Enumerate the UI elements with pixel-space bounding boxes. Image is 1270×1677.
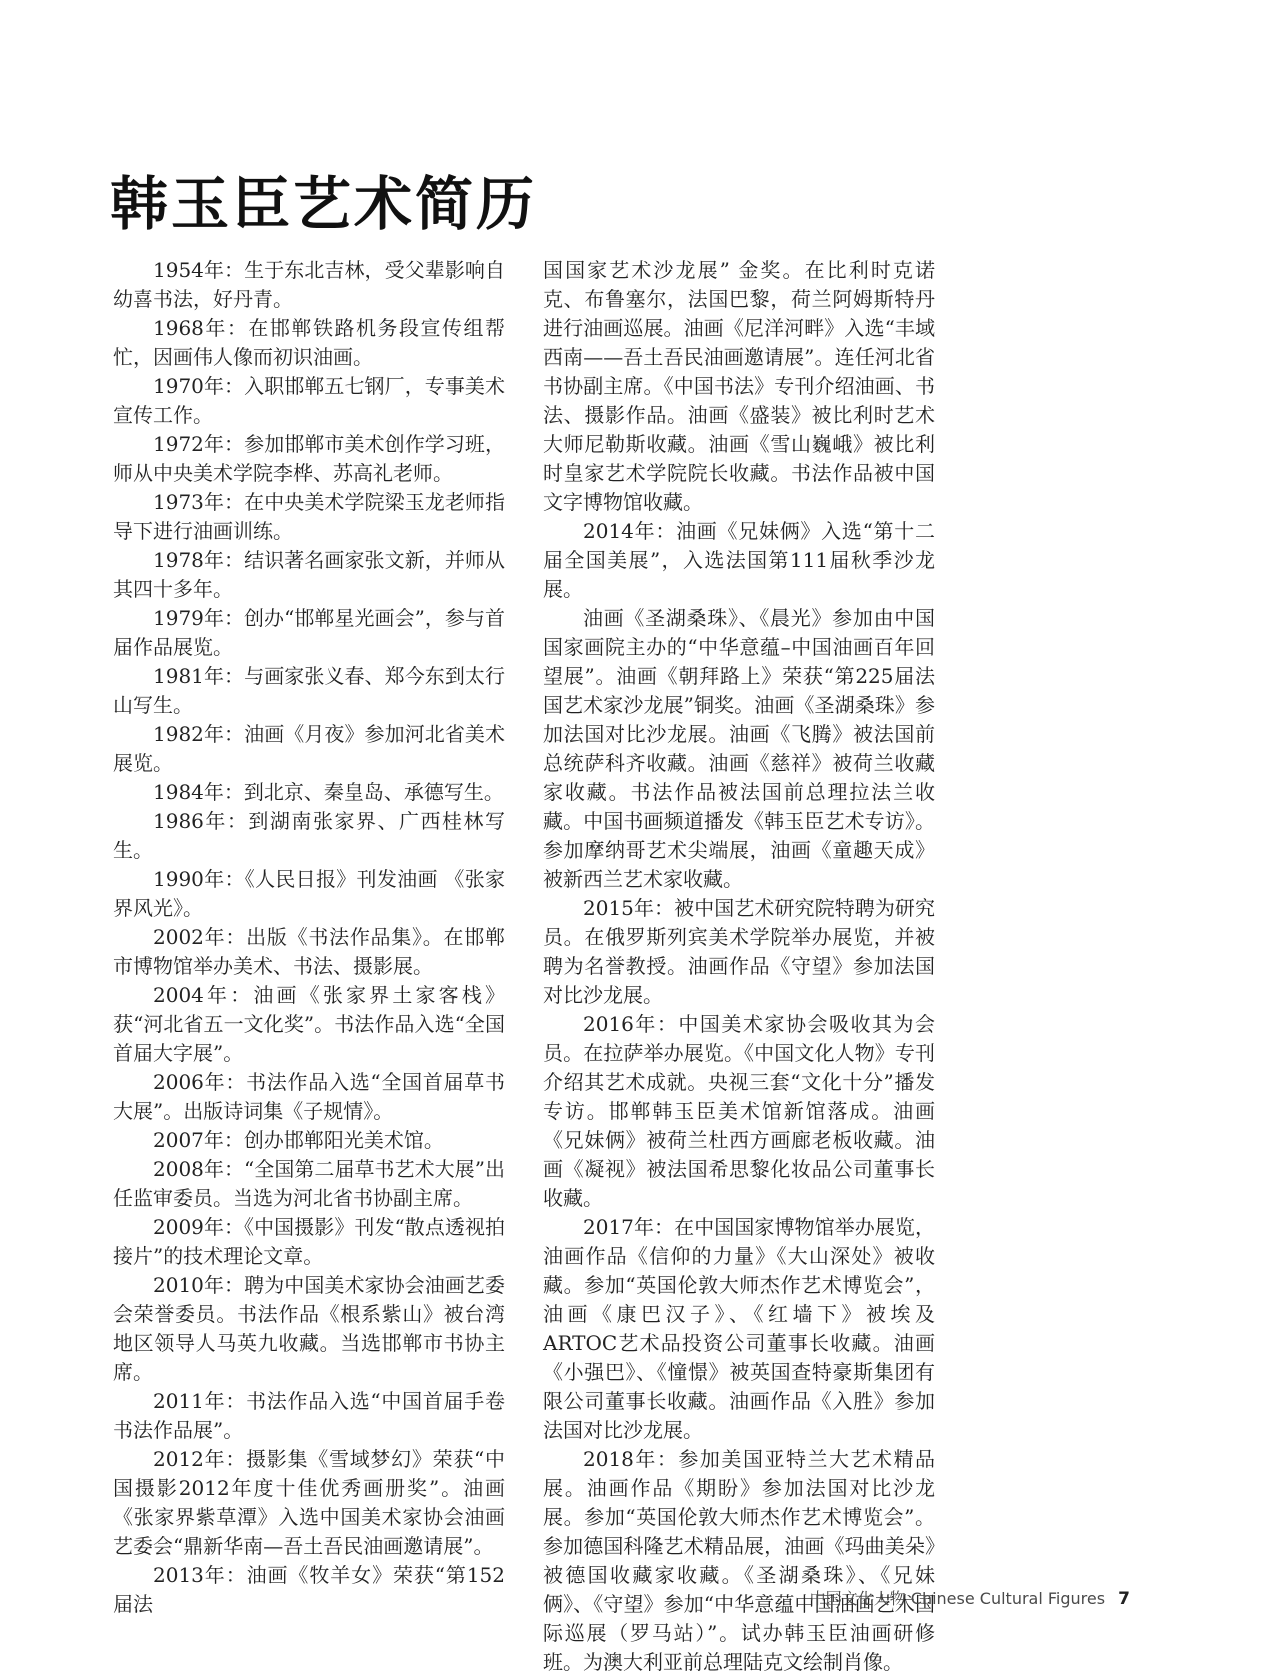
timeline-paragraph: 2015年：被中国艺术研究院特聘为研究员。在俄罗斯列宾美术学院举办展览，并被聘为…	[543, 894, 935, 1010]
journal-name-chinese: 中国文化人物	[810, 1589, 906, 1608]
timeline-paragraph: 1972年：参加邯郸市美术创作学习班，师从中央美术学院李桦、苏高礼老师。	[113, 430, 505, 488]
timeline-paragraph: 2017年：在中国国家博物馆举办展览，油画作品《信仰的力量》《大山深处》被收藏。…	[543, 1213, 935, 1445]
timeline-paragraph: 1981年：与画家张义春、郑今东到太行山写生。	[113, 662, 505, 720]
timeline-paragraph: 2014年：油画《兄妹俩》入选“第十二届全国美展”，入选法国第111届秋季沙龙展…	[543, 517, 935, 604]
timeline-paragraph: 2008年：“全国第二届草书艺术大展”出任监审委员。当选为河北省书协副主席。	[113, 1155, 505, 1213]
timeline-paragraph: 2007年：创办邯郸阳光美术馆。	[113, 1126, 505, 1155]
timeline-paragraph: 1970年：入职邯郸五七钢厂，专事美术宣传工作。	[113, 372, 505, 430]
page-title: 韩玉臣艺术简历	[110, 157, 537, 241]
document-page: 韩玉臣艺术简历 1954年：生于东北吉林，受父辈影响自幼喜书法，好丹青。1968…	[0, 0, 1270, 1654]
timeline-paragraph: 1973年：在中央美术学院梁玉龙老师指导下进行油画训练。	[113, 488, 505, 546]
timeline-paragraph: 1982年：油画《月夜》参加河北省美术展览。	[113, 720, 505, 778]
timeline-paragraph: 2002年：出版《书法作品集》。在邯郸市博物馆举办美术、书法、摄影展。	[113, 923, 505, 981]
timeline-paragraph: 2004年：油画《张家界土家客栈》获“河北省五一文化奖”。书法作品入选“全国首届…	[113, 981, 505, 1068]
timeline-paragraph: 1968年：在邯郸铁路机务段宣传组帮忙，因画伟人像而初识油画。	[113, 314, 505, 372]
timeline-paragraph: 2013年：油画《牧羊女》荣获“第152届法	[113, 1561, 505, 1619]
biography-content: 1954年：生于东北吉林，受父辈影响自幼喜书法，好丹青。1968年：在邯郸铁路机…	[113, 256, 935, 1677]
page-number: 7	[1118, 1589, 1130, 1609]
timeline-paragraph: 国国家艺术沙龙展” 金奖。在比利时克诺克、布鲁塞尔，法国巴黎，荷兰阿姆斯特丹进行…	[543, 256, 935, 517]
left-column: 1954年：生于东北吉林，受父辈影响自幼喜书法，好丹青。1968年：在邯郸铁路机…	[113, 256, 505, 1677]
timeline-paragraph: 1979年：创办“邯郸星光画会”，参与首届作品展览。	[113, 604, 505, 662]
timeline-paragraph: 2010年：聘为中国美术家协会油画艺委会荣誉委员。书法作品《根系紫山》被台湾地区…	[113, 1271, 505, 1387]
timeline-paragraph: 2012年：摄影集《雪域梦幻》荣获“中国摄影2012年度十佳优秀画册奖”。油画《…	[113, 1445, 505, 1561]
timeline-paragraph: 1978年：结识著名画家张文新，并师从其四十多年。	[113, 546, 505, 604]
timeline-paragraph: 1954年：生于东北吉林，受父辈影响自幼喜书法，好丹青。	[113, 256, 505, 314]
timeline-paragraph: 2011年：书法作品入选“中国首届手卷书法作品展”。	[113, 1387, 505, 1445]
timeline-paragraph: 2018年：参加美国亚特兰大艺术精品展。油画作品《期盼》参加法国对比沙龙展。参加…	[543, 1445, 935, 1677]
journal-name-english: Chinese Cultural Figures	[911, 1589, 1105, 1608]
page-footer: 中国文化人物 Chinese Cultural Figures 7	[810, 1586, 1130, 1609]
right-column: 国国家艺术沙龙展” 金奖。在比利时克诺克、布鲁塞尔，法国巴黎，荷兰阿姆斯特丹进行…	[543, 256, 935, 1677]
timeline-paragraph: 1984年：到北京、秦皇岛、承德写生。	[113, 778, 505, 807]
timeline-paragraph: 2009年：《中国摄影》刊发“散点透视拍接片”的技术理论文章。	[113, 1213, 505, 1271]
timeline-paragraph: 油画《圣湖桑珠》、《晨光》参加由中国国家画院主办的“中华意蕴–中国油画百年回望展…	[543, 604, 935, 894]
timeline-paragraph: 2016年：中国美术家协会吸收其为会员。在拉萨举办展览。《中国文化人物》专刊介绍…	[543, 1010, 935, 1213]
timeline-paragraph: 2006年：书法作品入选“全国首届草书大展”。出版诗词集《子规情》。	[113, 1068, 505, 1126]
timeline-paragraph: 1990年：《人民日报》刊发油画 《张家界风光》。	[113, 865, 505, 923]
timeline-paragraph: 1986年：到湖南张家界、广西桂林写生。	[113, 807, 505, 865]
